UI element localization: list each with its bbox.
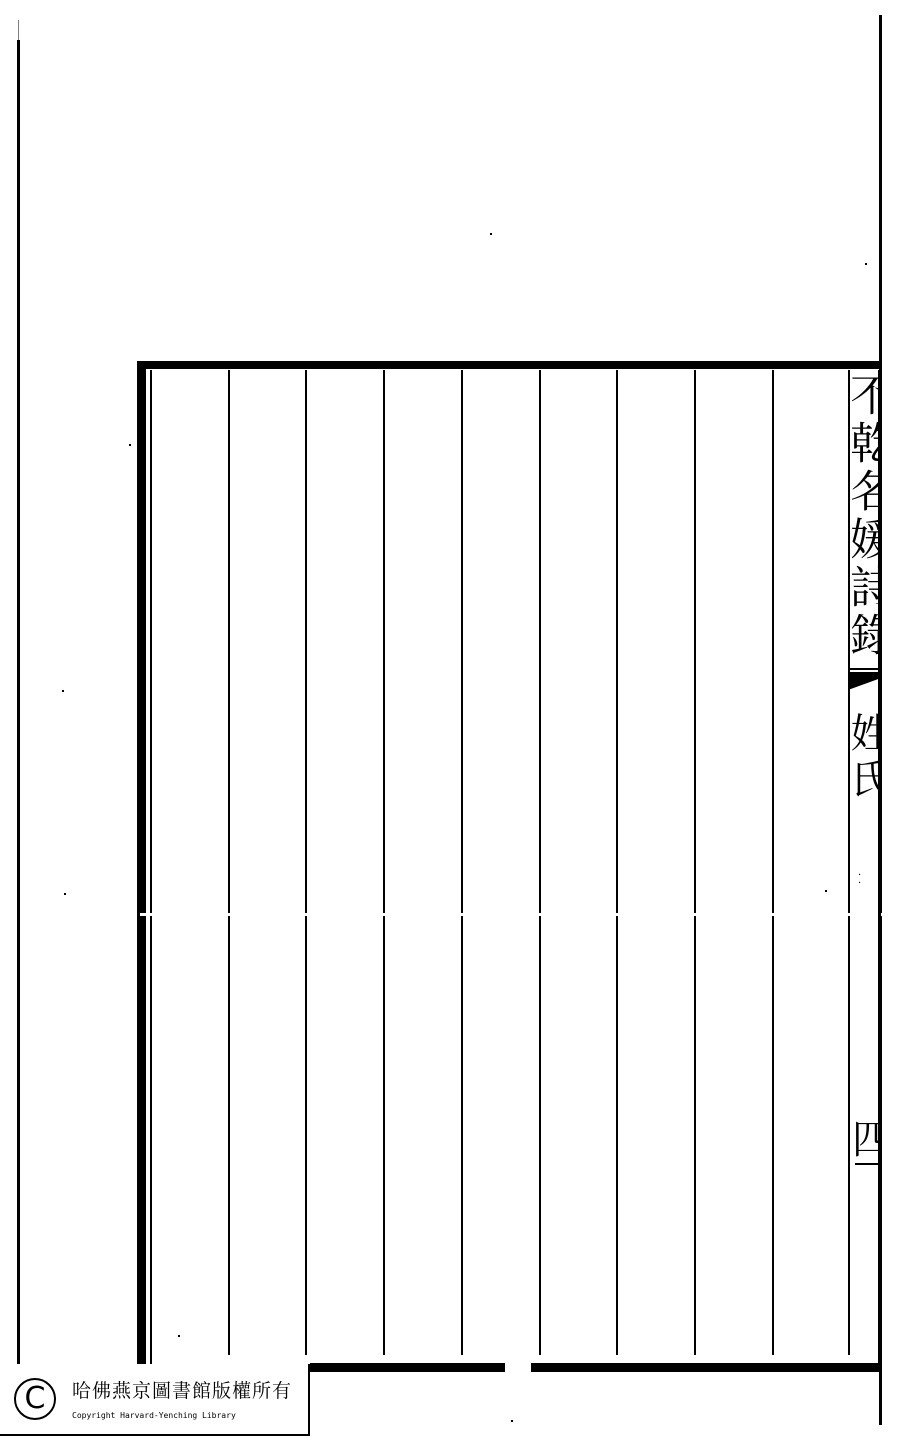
page-number: 四 bbox=[852, 1118, 882, 1164]
frame-top-border bbox=[137, 361, 882, 369]
column-rule-line bbox=[383, 370, 385, 1355]
banxin-section-label: 姓氏 bbox=[852, 712, 882, 822]
scan-speck bbox=[511, 1420, 513, 1422]
frame-bottom-border bbox=[310, 1363, 882, 1372]
copyright-notice: C 哈佛燕京圖書館版權所有 Copyright Harvard-Yenching… bbox=[0, 1364, 310, 1436]
column-rule-line bbox=[305, 370, 307, 1355]
page-number-underline bbox=[855, 1163, 882, 1165]
fishtail-line bbox=[848, 668, 880, 670]
column-rule-line bbox=[539, 370, 541, 1355]
column-rule-line bbox=[461, 370, 463, 1355]
frame-inner-left-line bbox=[150, 370, 152, 1365]
scan-left-edge-faint bbox=[18, 20, 19, 120]
column-rule-line bbox=[228, 370, 230, 1355]
scan-speck bbox=[490, 233, 492, 235]
scan-speck bbox=[865, 263, 867, 265]
frame-left-border bbox=[137, 364, 146, 1369]
column-rule-line bbox=[772, 370, 774, 1355]
frame-bottom-wear bbox=[505, 1362, 531, 1374]
copyright-icon: C bbox=[14, 1378, 56, 1420]
fishtail-icon bbox=[848, 672, 880, 706]
banxin-book-title: 不乾名媛詩錄 bbox=[852, 372, 882, 672]
scan-speck bbox=[825, 890, 827, 892]
scan-speck bbox=[64, 893, 66, 895]
banxin-dots: ·· bbox=[858, 872, 868, 892]
copyright-chinese: 哈佛燕京圖書館版權所有 bbox=[72, 1376, 292, 1403]
scan-speck bbox=[62, 690, 64, 692]
scanned-page: 不乾名媛詩錄 姓氏 ·· 四 C 哈佛燕京圖書館版權所有 Copyright H… bbox=[0, 0, 900, 1440]
column-rule-line bbox=[616, 370, 618, 1355]
copyright-english: Copyright Harvard-Yenching Library bbox=[72, 1411, 236, 1420]
scan-seam bbox=[140, 913, 882, 916]
column-rule-line bbox=[848, 370, 850, 1355]
scan-speck bbox=[178, 1335, 180, 1337]
scan-speck bbox=[129, 444, 131, 446]
column-rule-line bbox=[694, 370, 696, 1355]
scan-left-edge bbox=[17, 40, 20, 1370]
